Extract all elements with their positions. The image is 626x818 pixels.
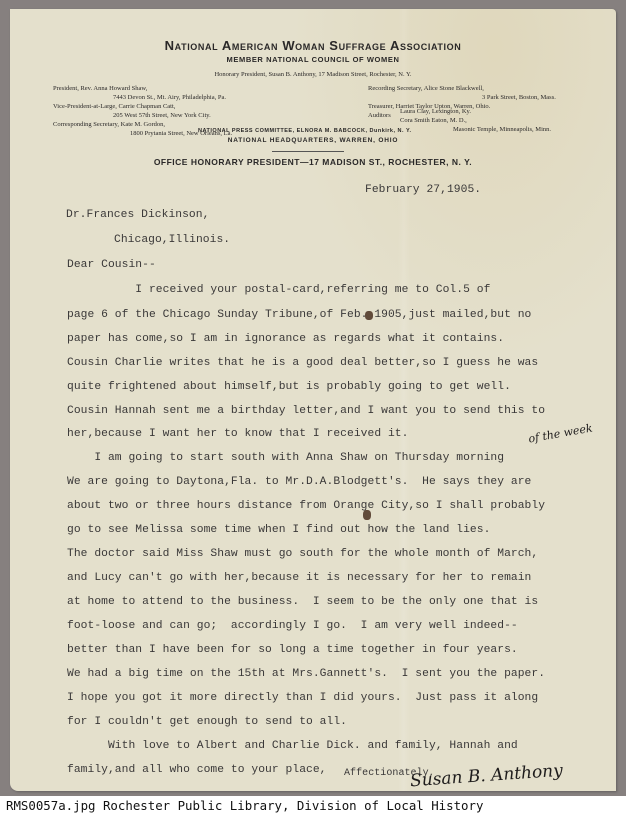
ink-stain <box>365 311 373 320</box>
recipient-name: Dr.Frances Dickinson, <box>66 209 209 221</box>
auditor-1: Laura Clay, Lexington, Ky. <box>400 108 471 115</box>
officer-president-address: 7443 Devon St., Mt. Airy, Philadelphia, … <box>113 94 226 101</box>
national-headquarters: NATIONAL HEADQUARTERS, WARREN, OHIO <box>0 137 626 144</box>
letterhead-divider <box>272 151 344 152</box>
officer-recording-secretary-address: 3 Park Street, Boston, Mass. <box>482 94 556 101</box>
letterhead-title: National American Woman Suffrage Associa… <box>0 38 626 53</box>
body-line: Cousin Hannah sent me a birthday letter,… <box>67 405 545 417</box>
officer-corresponding-secretary: Corresponding Secretary, Kate M. Gordon, <box>53 121 165 128</box>
officer-vice-president-address: 205 West 57th Street, New York City. <box>113 112 211 119</box>
officer-vice-president: Vice-President-at-Large, Carrie Chapman … <box>53 103 175 110</box>
auditors-label: Auditors <box>368 112 391 119</box>
body-line: With love to Albert and Charlie Dick. an… <box>67 740 518 752</box>
body-line: her,because I want her to know that I re… <box>67 428 408 440</box>
body-line: We had a big time on the 15th at Mrs.Gan… <box>67 668 545 680</box>
body-line: page 6 of the Chicago Sunday Tribune,of … <box>67 309 531 321</box>
letter-date: February 27,1905. <box>365 184 481 196</box>
body-line: family,and all who come to your place, <box>67 764 327 776</box>
body-line: The doctor said Miss Shaw must go south … <box>67 548 538 560</box>
body-line: I hope you got it more directly than I d… <box>67 692 538 704</box>
letterhead-subtitle: MEMBER NATIONAL COUNCIL OF WOMEN <box>0 55 626 64</box>
office-line: OFFICE HONORARY PRESIDENT—17 MADISON ST.… <box>0 157 626 167</box>
auditor-2-address: Masonic Temple, Minneapolis, Minn. <box>453 126 551 133</box>
body-line: foot-loose and can go; accordingly I go.… <box>67 620 518 632</box>
press-committee: NATIONAL PRESS COMMITTEE, ELNORA M. BABC… <box>198 128 412 134</box>
recipient-city: Chicago,Illinois. <box>114 234 230 246</box>
body-line: I am going to start south with Anna Shaw… <box>67 452 504 464</box>
auditor-2: Cora Smith Eaton, M. D., <box>400 117 467 124</box>
body-line: go to see Melissa some time when I find … <box>67 524 490 536</box>
ink-stain <box>363 510 371 520</box>
body-line: I received your postal-card,referring me… <box>67 284 490 296</box>
officer-president: President, Rev. Anna Howard Shaw, <box>53 85 147 92</box>
salutation: Dear Cousin-- <box>67 259 156 271</box>
body-line: Cousin Charlie writes that he is a good … <box>67 357 538 369</box>
body-line: quite frightened about himself,but is pr… <box>67 381 511 393</box>
body-line: better than I have been for so long a ti… <box>67 644 518 656</box>
officer-recording-secretary: Recording Secretary, Alice Stone Blackwe… <box>368 85 484 92</box>
image-caption: RMS0057a.jpg Rochester Public Library, D… <box>6 798 483 813</box>
body-line: at home to attend to the business. I see… <box>67 596 538 608</box>
body-line: and Lucy can't go with her,because it is… <box>67 572 531 584</box>
body-line: for I couldn't get enough to send to all… <box>67 716 347 728</box>
honorary-president-line: Honorary President, Susan B. Anthony, 17… <box>0 71 626 78</box>
body-line: about two or three hours distance from O… <box>67 500 545 512</box>
body-line: paper has come,so I am in ignorance as r… <box>67 333 504 345</box>
body-line: We are going to Daytona,Fla. to Mr.D.A.B… <box>67 476 531 488</box>
